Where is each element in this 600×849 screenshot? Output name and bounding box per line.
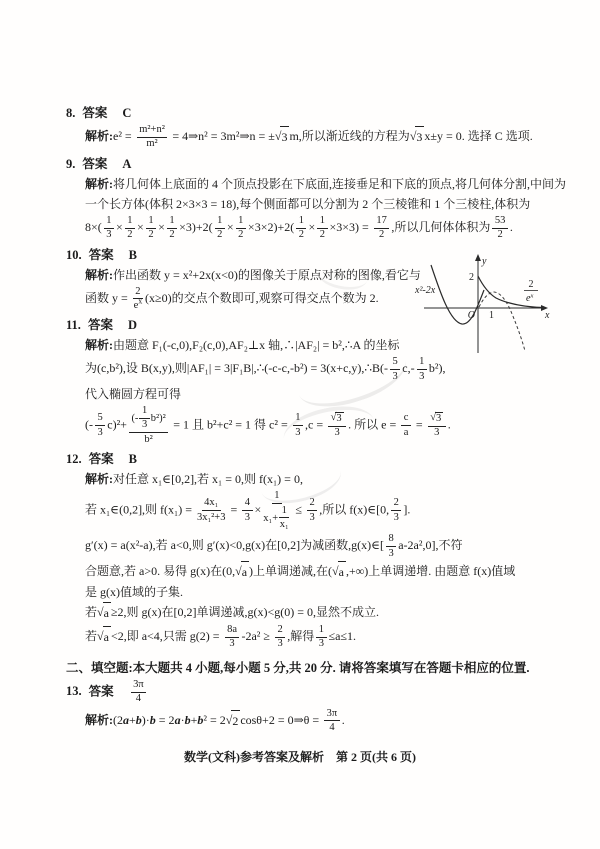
solution-line: 合题意,若 a>0. 易得 g(x)在(0,√a)上单调递减,在(√a,+∞)上… — [85, 561, 552, 582]
answer-value: B — [129, 452, 137, 466]
solution-line: 解析:将几何体上底面的 4 个顶点投影在下底面,连接垂足和下底的顶点,将几何体分… — [85, 174, 552, 194]
solution-line: (-53c)²+(-13b²)²b² = 1 且 b²+c² = 1 得 c² … — [85, 404, 552, 447]
solution-line: g′(x) = a(x²-a),若 a<0,则 g′(x)<0,g(x)在[0,… — [85, 532, 552, 561]
solution-line: 解析:e² = m²+n²m² = 4⇒n² = 3m²⇒n = ±√3m,所以… — [85, 123, 552, 152]
problem-8-header: 8.答案C — [66, 103, 552, 123]
answer-label: 答案 — [89, 684, 114, 698]
problem-number: 12. — [66, 452, 82, 466]
solution-line: 8×(13×12×12×12×3)+2(12×12×3×2)+2(12×12×3… — [85, 214, 552, 243]
page-footer: 数学(文科)参考答案及解析 第 2 页(共 6 页) — [0, 748, 600, 765]
solution-line: 若√a<2,即 a<4,只需 g(2) = 8a3-2a² ≥ 23,解得13≤… — [85, 623, 552, 652]
x-tick-1-label: 1 — [489, 310, 494, 321]
exp-fraction-denominator: ex — [526, 293, 533, 305]
parabola-label: x²-2x — [414, 285, 436, 296]
problem-13: 13.答案3π4 解析:(2a+b)·b = 2a·b+b² = 2√2cosθ… — [66, 678, 552, 736]
answer-label: 答案 — [89, 248, 114, 262]
parabola-curve — [431, 265, 484, 324]
fill-in-section-heading: 二、填空题:本大题共 4 小题,每小题 5 分,共 20 分. 请将答案填写在答… — [66, 658, 552, 678]
answer-value: C — [122, 106, 131, 120]
x-axis-label: x — [544, 310, 550, 321]
problem-12-header: 12.答案B — [66, 449, 552, 469]
answer-label: 答案 — [82, 106, 107, 120]
solution-line: 代入椭圆方程可得 — [85, 384, 552, 404]
problem-10-figure: y x 2 O 1 2 ex x²-2x — [414, 252, 552, 356]
answer-value: A — [122, 157, 131, 171]
problem-9: 9.答案A 解析:将几何体上底面的 4 个顶点投影在下底面,连接垂足和下底的顶点… — [66, 154, 552, 243]
problem-12: 12.答案B 解析:对任意 x₁∈[0,2],若 x₁ = 0,则 f(x₁) … — [66, 449, 552, 652]
answer-label: 答案 — [89, 452, 114, 466]
problem-number: 9. — [66, 157, 75, 171]
answer-value: D — [128, 318, 137, 332]
solution-line: 若√a≥2,则 g(x)在[0,2]单调递减,g(x)<g(0) = 0,显然不… — [85, 602, 552, 623]
problem-number: 10. — [66, 248, 82, 262]
problem-13-header: 13.答案3π4 — [66, 678, 552, 707]
problem-number: 13. — [66, 684, 82, 698]
answer-key-page: 8.答案C 解析:e² = m²+n²m² = 4⇒n² = 3m²⇒n = ±… — [0, 0, 600, 849]
y-tick-2-label: 2 — [469, 272, 474, 283]
solution-line: 若 x₁∈(0,2],则 f(x₁) = 4x₁3x₁²+3 = 43×1x₁+… — [85, 489, 552, 532]
solution-line: 是 g(x)值域的子集. — [85, 582, 552, 602]
problem-9-header: 9.答案A — [66, 154, 552, 174]
answer-label: 答案 — [82, 157, 107, 171]
answer-value: 3π4 — [129, 678, 149, 707]
solution-line: 解析:(2a+b)·b = 2a·b+b² = 2√2cosθ+2 = 0⇒θ … — [85, 707, 552, 736]
exp-fraction-numerator: 2 — [529, 279, 534, 290]
origin-label: O — [468, 310, 475, 321]
solution-line: 一个长方体(体积 2×3×3 = 18),每个侧面都可以分割为 2 个三棱锥和 … — [85, 194, 552, 214]
solution-line: 为(c,b²),设 B(x,y),则|AF₁| = 3|F₁B|,∴(-c-c,… — [85, 355, 552, 384]
problem-number: 8. — [66, 106, 75, 120]
answer-label: 答案 — [88, 318, 113, 332]
y-axis-label: y — [481, 256, 487, 267]
answers-content: 8.答案C 解析:e² = m²+n²m² = 4⇒n² = 3m²⇒n = ±… — [66, 103, 552, 737]
problem-number: 11. — [66, 318, 81, 332]
y-axis-arrow — [475, 254, 481, 261]
answer-value: B — [129, 248, 137, 262]
problem-8: 8.答案C 解析:e² = m²+n²m² = 4⇒n² = 3m²⇒n = ±… — [66, 103, 552, 152]
solution-line: 解析:对任意 x₁∈[0,2],若 x₁ = 0,则 f(x₁) = 0, — [85, 469, 552, 489]
